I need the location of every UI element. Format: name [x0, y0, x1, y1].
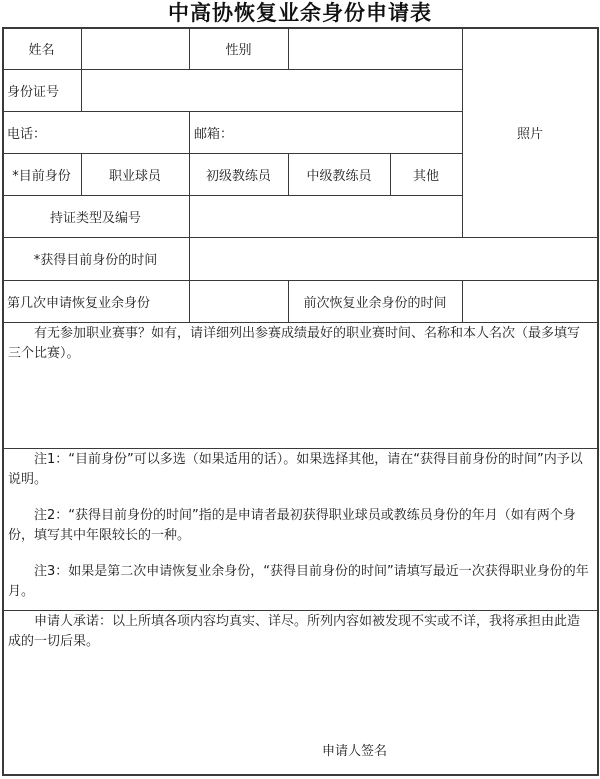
note-2: 注2：“获得目前身份的时间”指的是申请者最初获得职业球员或教练员身份的年月（如有… [8, 506, 592, 546]
identity-option-pro-player[interactable]: 职业球员 [81, 153, 189, 195]
col-divider [189, 111, 190, 322]
row-divider [2, 237, 598, 238]
name-label: 姓名 [2, 27, 81, 69]
form-title: 中高协恢复业余身份申请表 [0, 0, 600, 27]
name-field[interactable] [81, 27, 189, 69]
email-field[interactable]: 邮箱： [189, 111, 462, 153]
table-border-bottom [2, 774, 599, 776]
row-divider [2, 195, 462, 196]
prev-time-field[interactable] [462, 280, 598, 322]
id-number-label: 身份证号 [2, 69, 81, 111]
identity-option-mid-coach[interactable]: 中级教练员 [288, 153, 390, 195]
competition-field[interactable]: 有无参加职业赛事？如有，请详细列出参赛成绩最好的职业赛时间、名称和本人名次（最多… [2, 322, 598, 448]
table-border-left [2, 27, 4, 776]
email-label: 邮箱： [194, 123, 233, 142]
col-divider [81, 153, 82, 195]
col-divider [462, 27, 463, 237]
note-1: 注1：“目前身份”可以多选（如果适用的话）。如果选择其他，请在“获得目前身份的时… [8, 450, 592, 490]
col-divider [462, 280, 463, 322]
gender-field[interactable] [288, 27, 462, 69]
obtain-time-label: *获得目前身份的时间 [2, 237, 189, 280]
row-divider [2, 69, 462, 70]
current-identity-label: *目前身份 [2, 153, 81, 195]
competition-prompt: 有无参加职业赛事？如有，请详细列出参赛成绩最好的职业赛时间、名称和本人名次（最多… [8, 324, 592, 364]
photo-box[interactable]: 照片 [462, 27, 598, 237]
phone-label: 电话： [7, 123, 46, 142]
notes-section: 注1：“目前身份”可以多选（如果适用的话）。如果选择其他，请在“获得目前身份的时… [2, 448, 598, 610]
id-number-field[interactable] [81, 69, 462, 111]
obtain-time-field[interactable] [189, 237, 598, 280]
certificate-label: 持证类型及编号 [2, 195, 189, 237]
row-divider [2, 610, 598, 611]
col-divider [81, 27, 82, 111]
col-divider [189, 27, 190, 69]
col-divider [288, 153, 289, 195]
col-divider [390, 153, 391, 195]
row-divider [2, 111, 462, 112]
signature-field[interactable] [430, 735, 590, 763]
phone-field[interactable]: 电话： [2, 111, 189, 153]
signature-label: 申请人签名 [322, 740, 422, 760]
col-divider [288, 27, 289, 69]
identity-option-junior-coach[interactable]: 初级教练员 [189, 153, 288, 195]
apply-count-label: 第几次申请恢复业余身份 [2, 280, 189, 322]
col-divider [288, 280, 289, 322]
photo-label: 照片 [517, 123, 543, 142]
row-divider [2, 322, 598, 323]
table-border-top [2, 27, 599, 29]
note-3: 注3：如果是第二次申请恢复业余身份，“获得目前身份的时间”请填写最近一次获得职业… [8, 562, 592, 602]
apply-count-field[interactable] [189, 280, 288, 322]
table-border-right [597, 27, 599, 776]
prev-time-label: 前次恢复业余身份的时间 [288, 280, 462, 322]
gender-label: 性别 [189, 27, 288, 69]
certificate-field[interactable] [189, 195, 462, 237]
pledge-text: 申请人承诺：以上所填各项内容均真实、详尽。所列内容如被发现不实或不详，我将承担由… [8, 612, 592, 652]
row-divider [2, 448, 598, 449]
row-divider [2, 280, 598, 281]
identity-option-other[interactable]: 其他 [390, 153, 462, 195]
row-divider [2, 153, 462, 154]
